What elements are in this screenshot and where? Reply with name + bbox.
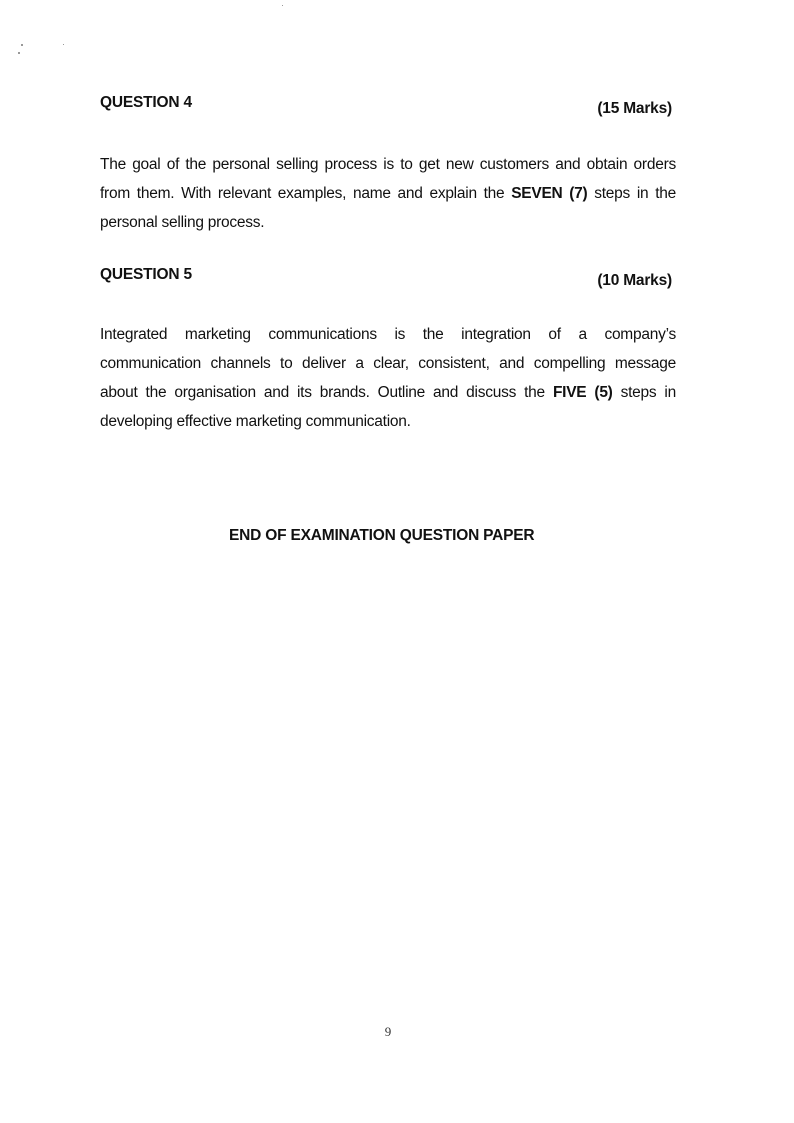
scan-artifact [21,44,23,46]
question-4-line: personal selling process. [100,208,676,237]
question-4-line: The goal of the personal selling process… [100,150,676,179]
emphasis-count: SEVEN (7) [511,185,587,202]
question-4-body: The goal of the personal selling process… [100,150,676,237]
question-5-line: Integrated marketing communications is t… [100,320,676,349]
emphasis-count: FIVE (5) [553,384,613,401]
end-of-paper-title: END OF EXAMINATION QUESTION PAPER [229,527,534,545]
exam-page: QUESTION 4 (15 Marks) The goal of the pe… [0,0,794,1123]
question-5-marks: (10 Marks) [597,272,672,290]
scan-artifact [282,5,283,6]
question-5-body: Integrated marketing communications is t… [100,320,676,436]
question-5-line: communication channels to deliver a clea… [100,349,676,378]
scan-artifact [18,52,20,54]
question-5-title: QUESTION 5 [100,266,192,284]
question-4-marks: (15 Marks) [597,100,672,118]
question-5-line: about the organisation and its brands. O… [100,378,676,407]
question-5-line: developing effective marketing communica… [100,407,676,436]
question-4-title: QUESTION 4 [100,94,192,112]
question-5-header: QUESTION 5 (10 Marks) [100,266,672,288]
page-number: 9 [0,1024,776,1040]
scan-artifact [63,44,64,45]
question-4-line: from them. With relevant examples, name … [100,179,676,208]
question-4-header: QUESTION 4 (15 Marks) [100,94,672,116]
